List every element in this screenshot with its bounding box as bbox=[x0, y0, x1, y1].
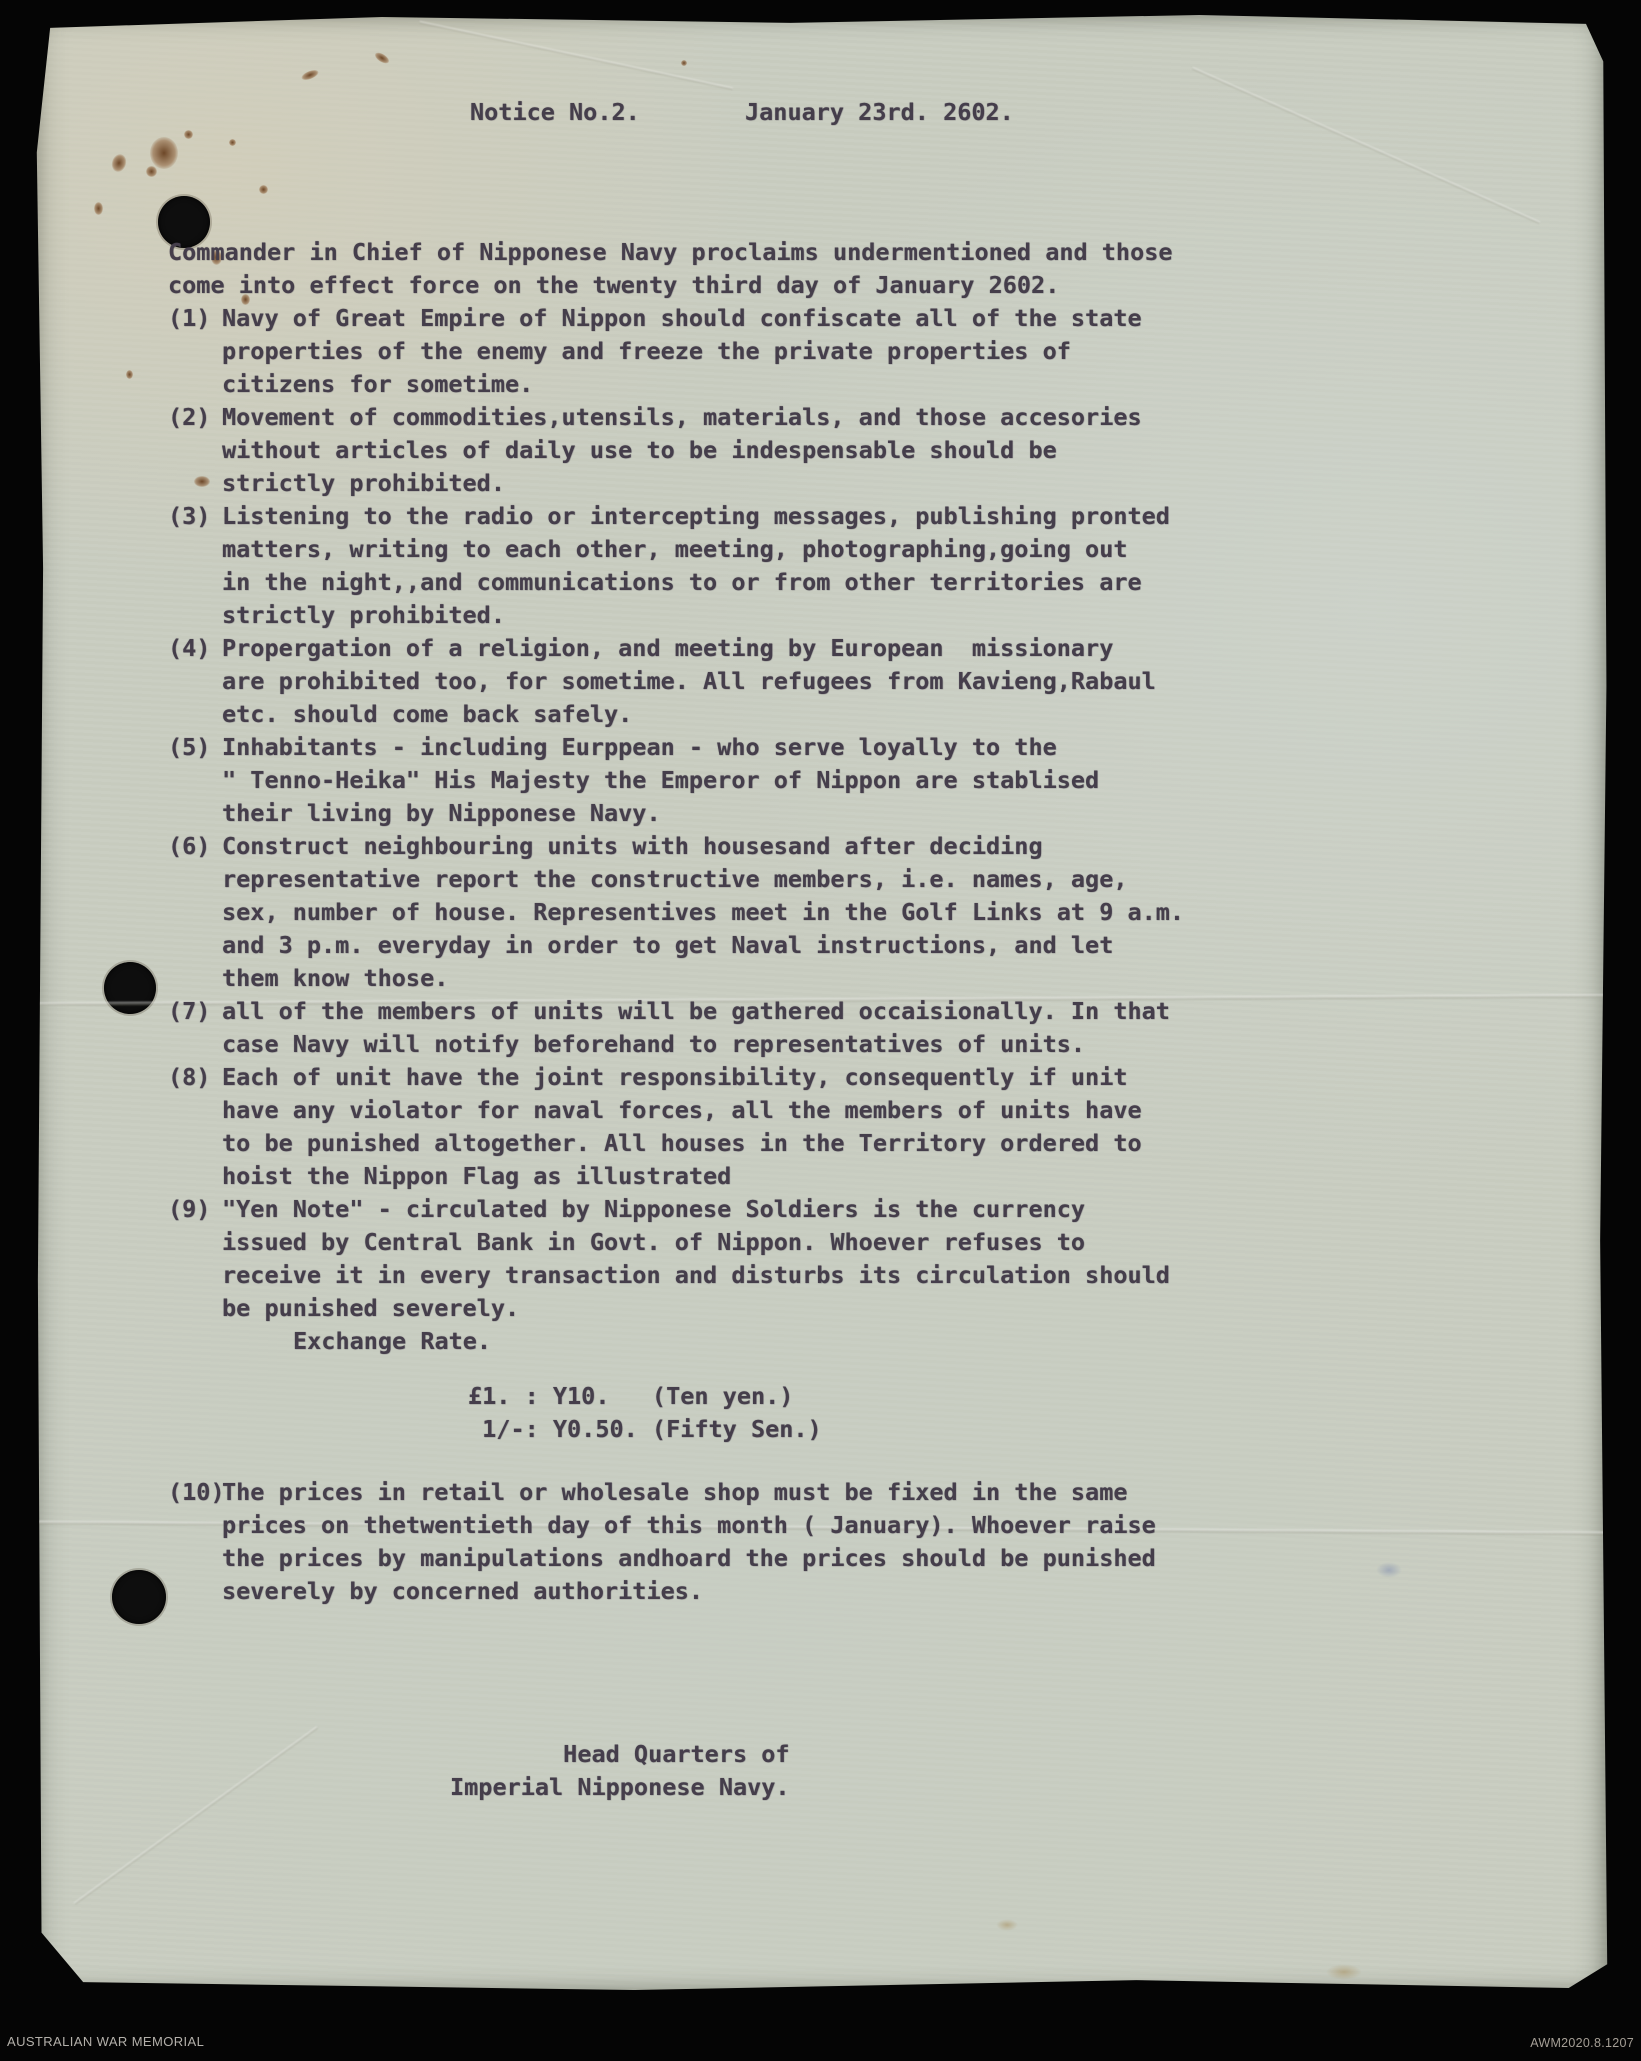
notice-item-6: (6) Construct neighbouring units with ho… bbox=[168, 830, 1348, 995]
exchange-rate-values: £1. : Y10. (Ten yen.) 1/-: Y0.50. (Fifty… bbox=[168, 1380, 1348, 1446]
item-number: (6) bbox=[168, 830, 222, 995]
item-text: Listening to the radio or intercepting m… bbox=[222, 500, 1170, 632]
item-number: (2) bbox=[168, 401, 222, 500]
archive-id: AWM2020.8.1207 bbox=[1530, 2036, 1634, 2050]
rust-stain bbox=[300, 68, 320, 82]
preamble: Commander in Chief of Nipponese Navy pro… bbox=[168, 236, 1348, 302]
typed-notice: Notice No.2. January 23rd. 2602. Command… bbox=[168, 96, 1348, 1804]
notice-date: January 23rd. 2602. bbox=[745, 96, 1014, 129]
item-number: (5) bbox=[168, 731, 222, 830]
item-text: Movement of commodities,utensils, materi… bbox=[222, 401, 1142, 500]
notice-item-7: (7) all of the members of units will be … bbox=[168, 995, 1348, 1061]
wrinkle bbox=[419, 21, 733, 90]
item-text: Navy of Great Empire of Nippon should co… bbox=[222, 302, 1142, 401]
notice-item-2: (2) Movement of commodities,utensils, ma… bbox=[168, 401, 1348, 500]
item-number: (9) bbox=[168, 1193, 222, 1325]
exchange-rate-heading: Exchange Rate. bbox=[168, 1325, 1348, 1358]
item-number: (3) bbox=[168, 500, 222, 632]
item-text: Propergation of a religion, and meeting … bbox=[222, 632, 1156, 731]
ink-smudge bbox=[1376, 1562, 1402, 1578]
rust-stain bbox=[94, 202, 103, 215]
signature-block: Head Quarters of Imperial Nipponese Navy… bbox=[168, 1738, 1348, 1804]
item-text: Inhabitants - including Eurppean - who s… bbox=[222, 731, 1099, 830]
notice-item-3: (3) Listening to the radio or intercepti… bbox=[168, 500, 1348, 632]
notice-item-1: (1) Navy of Great Empire of Nippon shoul… bbox=[168, 302, 1348, 401]
rust-stain bbox=[373, 50, 391, 65]
hole-punch bbox=[112, 1570, 166, 1624]
notice-item-5: (5) Inhabitants - including Eurppean - w… bbox=[168, 731, 1348, 830]
rust-stain bbox=[126, 370, 133, 379]
notice-item-10: (10) The prices in retail or wholesale s… bbox=[168, 1476, 1348, 1608]
paper-sheet: Notice No.2. January 23rd. 2602. Command… bbox=[36, 14, 1608, 1992]
item-number: (10) bbox=[168, 1476, 222, 1608]
item-text: all of the members of units will be gath… bbox=[222, 995, 1170, 1061]
notice-item-4: (4) Propergation of a religion, and meet… bbox=[168, 632, 1348, 731]
age-stain bbox=[996, 1919, 1018, 1931]
item-text: Construct neighbouring units with houses… bbox=[222, 830, 1184, 995]
rust-stain bbox=[110, 152, 129, 173]
photographed-document: Notice No.2. January 23rd. 2602. Command… bbox=[0, 0, 1641, 2061]
hole-punch bbox=[104, 962, 156, 1014]
age-stain bbox=[1326, 1964, 1362, 1980]
archive-credit: AUSTRALIAN WAR MEMORIAL bbox=[7, 2034, 204, 2049]
rust-stain bbox=[146, 166, 157, 177]
notice-item-8: (8) Each of unit have the joint responsi… bbox=[168, 1061, 1348, 1193]
item-text: "Yen Note" - circulated by Nipponese Sol… bbox=[222, 1193, 1170, 1325]
item-text: The prices in retail or wholesale shop m… bbox=[222, 1476, 1156, 1608]
item-number: (4) bbox=[168, 632, 222, 731]
rust-stain bbox=[681, 60, 687, 66]
item-number: (7) bbox=[168, 995, 222, 1061]
notice-number: Notice No.2. bbox=[470, 96, 640, 129]
notice-item-9: (9) "Yen Note" - circulated by Nipponese… bbox=[168, 1193, 1348, 1325]
item-number: (8) bbox=[168, 1061, 222, 1193]
item-number: (1) bbox=[168, 302, 222, 401]
item-text: Each of unit have the joint responsibili… bbox=[222, 1061, 1142, 1193]
